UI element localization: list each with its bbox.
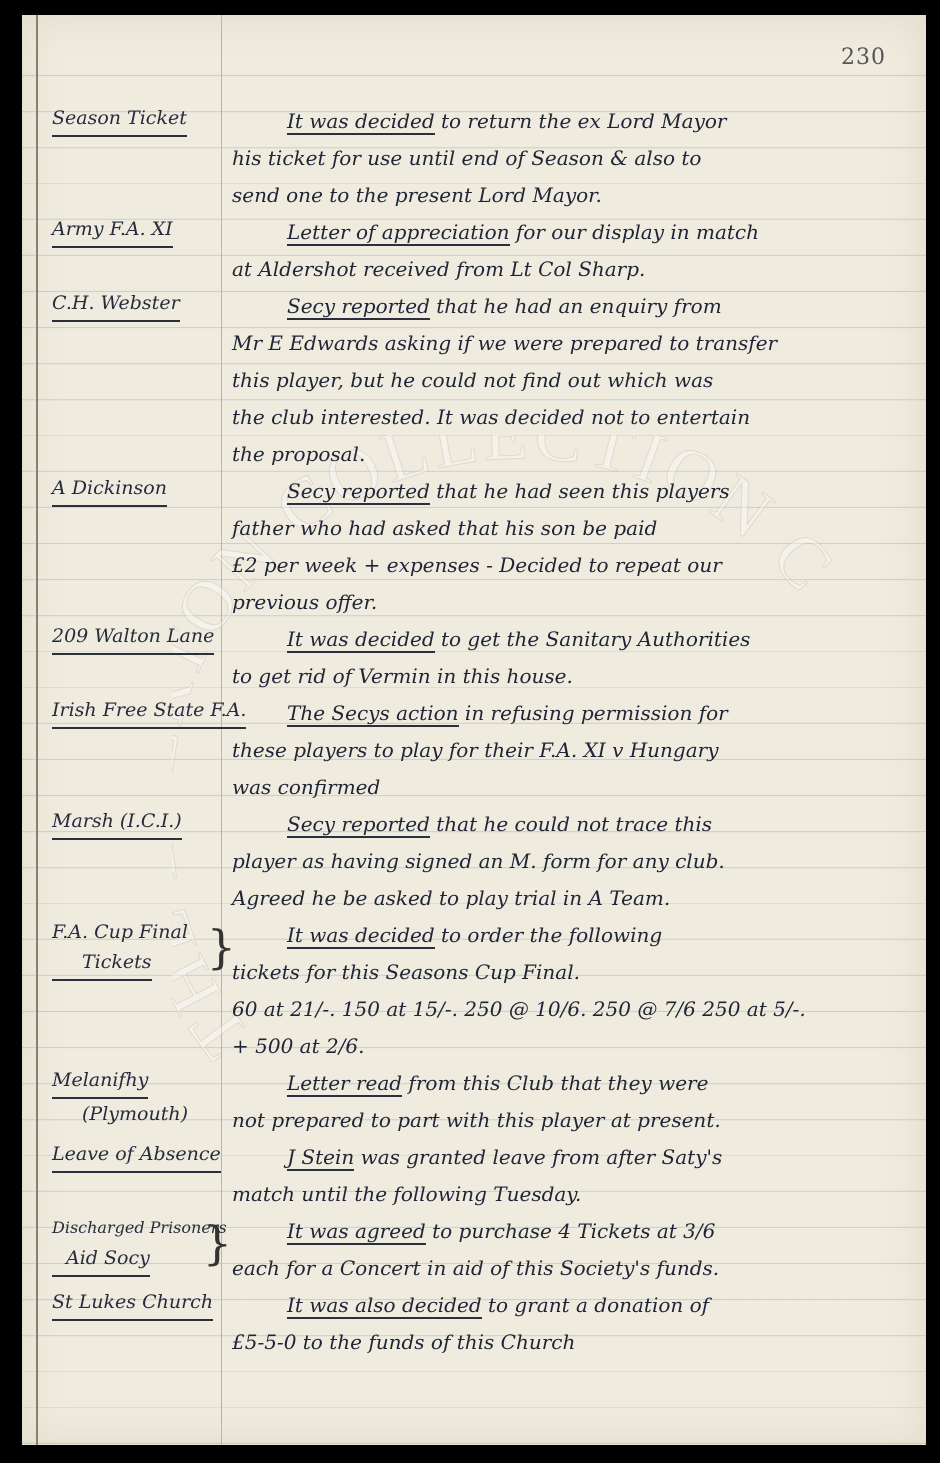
ledger-page: 230 THE EVERTON COLLECTION CHARITABLE TR… [22, 15, 926, 1445]
entry-heading: Irish Free State F.A. [52, 695, 222, 729]
entry-heading: C.H. Webster [52, 288, 222, 322]
brace-glyph: } [203, 1213, 232, 1273]
entry-heading: A Dickinson [52, 473, 222, 507]
entry-heading: Army F.A. XI [52, 214, 222, 248]
entry-heading: F.A. Cup Final Tickets } [52, 917, 222, 991]
entry-heading: St Lukes Church [52, 1287, 222, 1321]
entry-heading: Season Ticket [52, 103, 222, 137]
entry-body: Letter of appreciation for our display i… [232, 214, 912, 288]
entry-body: The Secys action in refusing permission … [232, 695, 912, 806]
entry-body: Letter read from this Club that they wer… [232, 1065, 912, 1139]
entry-body: J Stein was granted leave from after Sat… [232, 1139, 912, 1213]
entry-body: It was decided to get the Sanitary Autho… [232, 621, 912, 695]
entry-body: It was also decided to grant a donation … [232, 1287, 912, 1361]
entry-heading: Discharged Prisoners Aid Socy } [52, 1213, 222, 1287]
page-number: 230 [841, 45, 886, 70]
entry-body: It was agreed to purchase 4 Tickets at 3… [232, 1213, 912, 1287]
entry-body: It was decided to return the ex Lord May… [232, 103, 912, 214]
entry-heading: 209 Walton Lane [52, 621, 222, 655]
entry-heading: Marsh (I.C.I.) [52, 806, 222, 840]
entry-body: Secy reported that he had seen this play… [232, 473, 912, 621]
entry-body: Secy reported that he had an enquiry fro… [232, 288, 912, 473]
entry-body: It was decided to order the following ti… [232, 917, 912, 1065]
entry-heading: Leave of Absence [52, 1139, 222, 1173]
entry-heading: Melanifhy (Plymouth) [52, 1065, 222, 1129]
binding-edge [36, 15, 38, 1445]
entry-body: Secy reported that he could not trace th… [232, 806, 912, 917]
